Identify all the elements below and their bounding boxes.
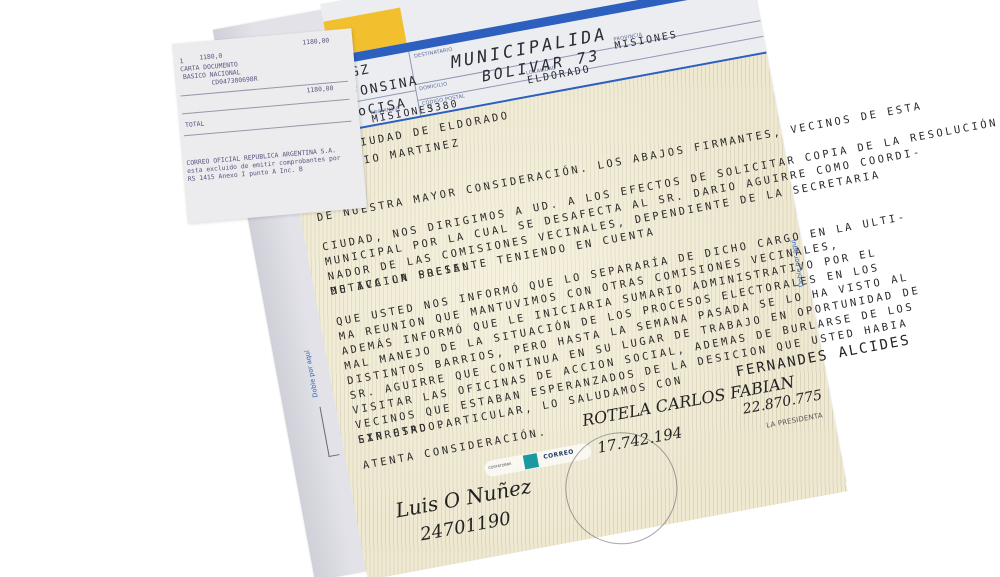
receipt-price: 1180,0: [199, 52, 223, 62]
receipt-amount: 1180,00: [302, 36, 330, 46]
receipt-total-label: TOTAL: [185, 120, 205, 130]
stamp-brand: CORREO: [543, 448, 575, 461]
letter-body: DE LA CIUDAD DE ELDORADO DR. FABIO MARTI…: [286, 52, 847, 577]
correo-logo-icon: [523, 453, 539, 469]
postal-receipt: 1 1180,0 1180,00 CARTA DOCUMENTO BASICO …: [172, 28, 367, 223]
stamp-small-text: COSTATORRE: [488, 462, 512, 470]
receipt-subtotal: 1180,00: [306, 84, 334, 94]
photo-stage: DE ETIQUETA DESTINATARIO TGZ LFONSINA Do…: [0, 0, 1000, 577]
